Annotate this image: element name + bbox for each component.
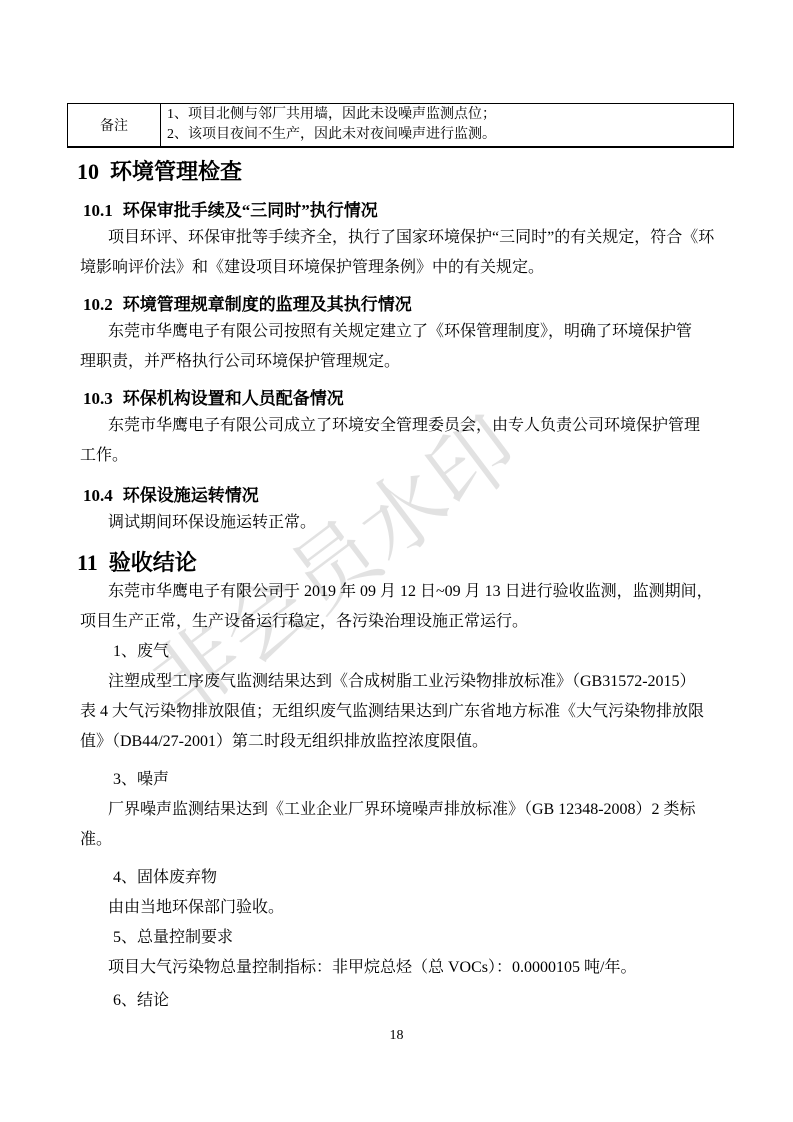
heading-section-10-4: 10.4环保设施运转情况 xyxy=(83,484,714,508)
heading-section-11: 11验收结论 xyxy=(77,549,714,577)
heading-section-10-1: 10.1环保审批手续及“三同时”执行情况 xyxy=(83,199,714,223)
heading-section-10-2: 10.2环境管理规章制度的监理及其执行情况 xyxy=(83,293,714,317)
remark-line-2: 2、该项目夜间不生产，因此未对夜间噪声进行监测。 xyxy=(167,125,727,145)
list-item-label-6: 6、结论 xyxy=(80,986,714,1016)
heading-number: 10 xyxy=(77,159,99,184)
paragraph-line: 工作。 xyxy=(80,441,714,471)
paragraph-line: 准。 xyxy=(80,825,714,855)
list-item-label-5: 5、总量控制要求 xyxy=(80,923,714,953)
paragraph-line: 由由当地环保部门验收。 xyxy=(80,893,714,923)
heading-number: 10.3 xyxy=(83,389,113,408)
paragraph-line: 值》（DB44/27-2001）第二时段无组织排放监控浓度限值。 xyxy=(80,727,714,757)
table-row: 备注 1、项目北侧与邻厂共用墙，因此未设噪声监测点位； 2、该项目夜间不生产，因… xyxy=(68,104,734,148)
paragraph-line: 项目环评、环保审批等手续齐全，执行了国家环境保护“三同时”的有关规定，符合《环 xyxy=(80,223,714,253)
heading-title: 环境管理规章制度的监理及其执行情况 xyxy=(123,295,412,314)
heading-title: 验收结论 xyxy=(109,550,197,575)
paragraph-line: 理职责，并严格执行公司环境保护管理规定。 xyxy=(80,347,714,377)
heading-title: 环保审批手续及“三同时”执行情况 xyxy=(123,201,378,220)
paragraph-line: 项目生产正常，生产设备运行稳定，各污染治理设施正常运行。 xyxy=(80,607,714,637)
paragraph-line: 项目大气污染物总量控制指标：非甲烷总烃（总 VOCs）：0.0000105 吨/… xyxy=(80,953,714,983)
paragraph-line: 厂界噪声监测结果达到《工业企业厂界环境噪声排放标准》（GB 12348-2008… xyxy=(80,795,714,825)
remark-line-1: 1、项目北侧与邻厂共用墙，因此未设噪声监测点位； xyxy=(167,105,727,125)
heading-number: 10.1 xyxy=(83,201,113,220)
remarks-label-cell: 备注 xyxy=(68,104,161,148)
heading-title: 环境管理检查 xyxy=(110,159,242,184)
paragraph-line: 表 4 大气污染物排放限值；无组织废气监测结果达到广东省地方标准《大气污染物排放… xyxy=(80,697,714,727)
heading-section-10: 10环境管理检查 xyxy=(77,158,714,186)
paragraph-line: 东莞市华鹰电子有限公司按照有关规定建立了《环保管理制度》，明确了环境保护管 xyxy=(80,317,714,347)
heading-section-10-3: 10.3环保机构设置和人员配备情况 xyxy=(83,387,714,411)
heading-title: 环保设施运转情况 xyxy=(123,486,259,505)
heading-number: 11 xyxy=(77,550,98,575)
paragraph-line: 境影响评价法》和《建设项目环境保护管理条例》中的有关规定。 xyxy=(80,253,714,283)
paragraph-line: 东莞市华鹰电子有限公司成立了环境安全管理委员会，由专人负责公司环境保护管理 xyxy=(80,411,714,441)
remarks-table: 备注 1、项目北侧与邻厂共用墙，因此未设噪声监测点位； 2、该项目夜间不生产，因… xyxy=(67,103,734,148)
heading-title: 环保机构设置和人员配备情况 xyxy=(123,389,344,408)
heading-number: 10.2 xyxy=(83,295,113,314)
paragraph-line: 注塑成型工序废气监测结果达到《合成树脂工业污染物排放标准》（GB31572-20… xyxy=(80,667,714,697)
paragraph-line: 调试期间环保设施运转正常。 xyxy=(80,508,714,538)
page-number: 18 xyxy=(0,1027,793,1045)
list-item-label-3: 3、噪声 xyxy=(80,765,714,795)
list-item-label-4: 4、固体废弃物 xyxy=(80,863,714,893)
document-page: 非会员水印 备注 1、项目北侧与邻厂共用墙，因此未设噪声监测点位； 2、该项目夜… xyxy=(0,0,793,1122)
list-item-label-1: 1、废气 xyxy=(80,637,714,667)
paragraph-line: 东莞市华鹰电子有限公司于 2019 年 09 月 12 日~09 月 13 日进… xyxy=(80,577,714,607)
remarks-content-cell: 1、项目北侧与邻厂共用墙，因此未设噪声监测点位； 2、该项目夜间不生产，因此未对… xyxy=(161,104,734,148)
heading-number: 10.4 xyxy=(83,486,113,505)
page-content: 备注 1、项目北侧与邻厂共用墙，因此未设噪声监测点位； 2、该项目夜间不生产，因… xyxy=(0,103,793,1016)
